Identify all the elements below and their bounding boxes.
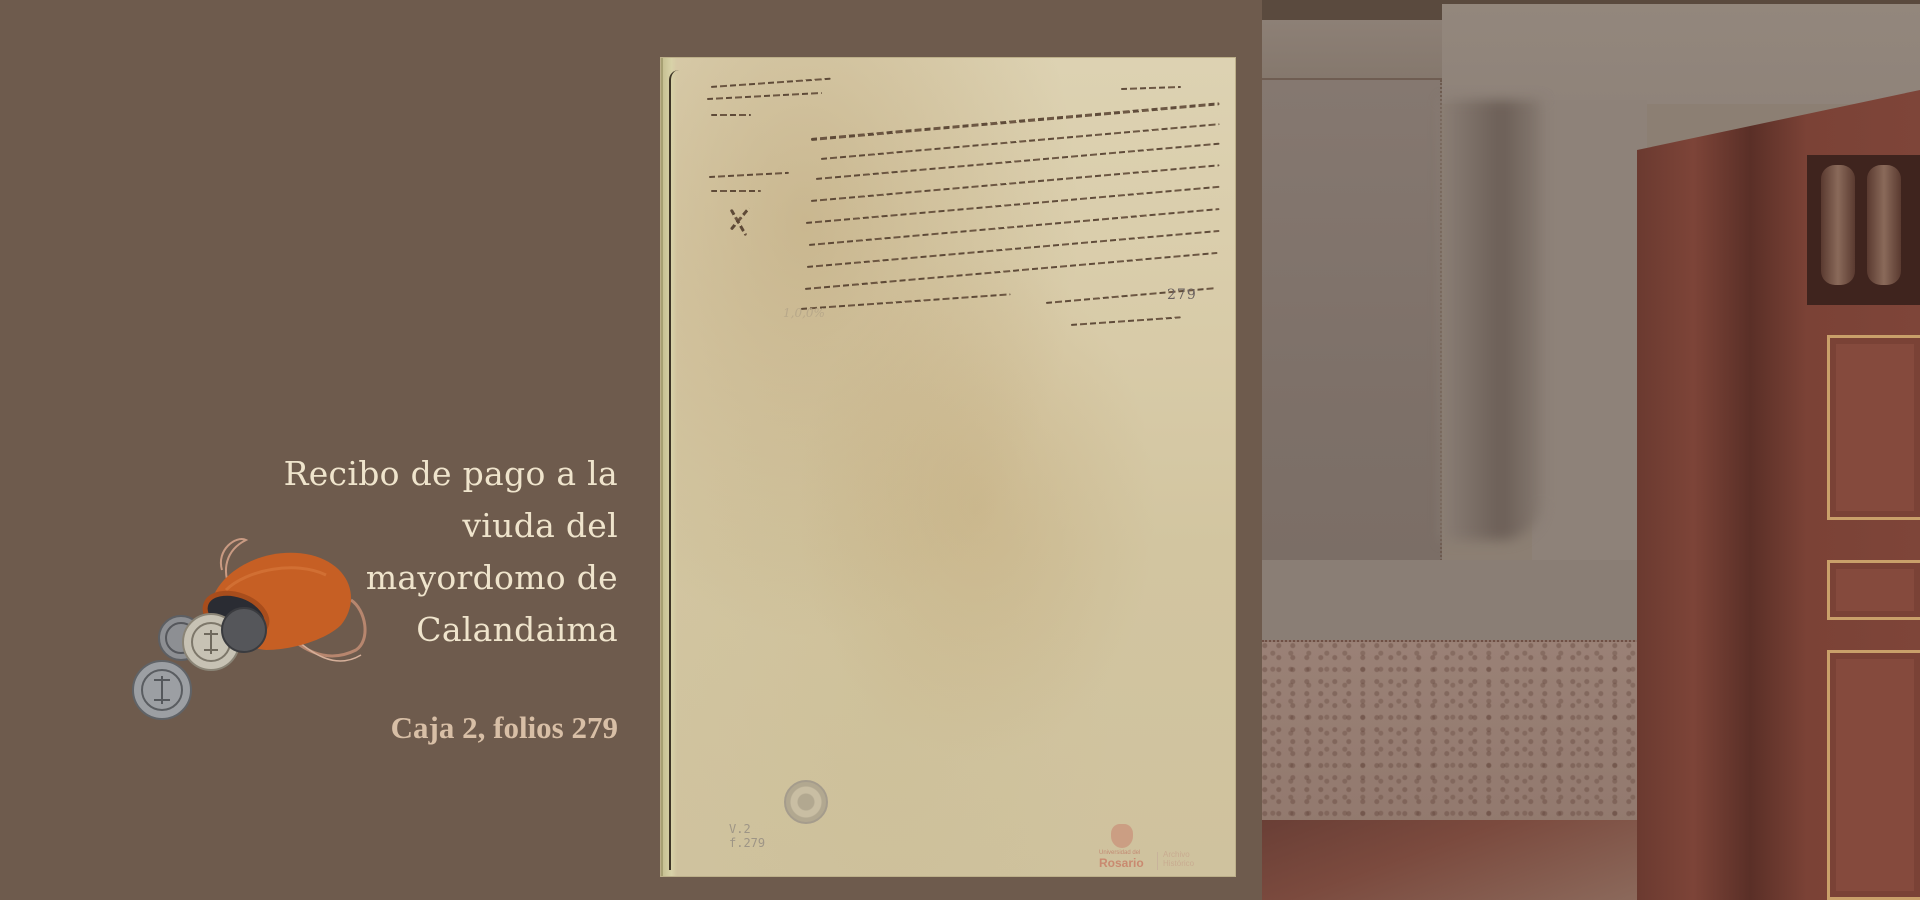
- logo-archive-line1: Archivo: [1163, 850, 1194, 859]
- wall-left: [1262, 80, 1442, 640]
- pencil-note: 1,0,0%: [783, 306, 825, 320]
- floor: [1262, 820, 1647, 900]
- door-panel: [1827, 560, 1920, 620]
- archive-logo: Universidad del Rosario Archivo Históric…: [1099, 824, 1229, 872]
- wall-shadow: [1442, 100, 1542, 540]
- door-panel: [1827, 650, 1920, 900]
- shelf-mark: V.2 f.279: [729, 822, 765, 850]
- archive-reference: Caja 2, folios 279: [391, 710, 618, 746]
- door-window-bar: [1867, 165, 1901, 285]
- door-window: [1807, 155, 1920, 305]
- title-line-4: Calandaima: [278, 604, 618, 656]
- title-line-2: viuda del: [278, 500, 618, 552]
- wall-lower: [1262, 560, 1647, 650]
- door-window-bar: [1821, 165, 1855, 285]
- university-crest-icon: [1111, 824, 1133, 848]
- logo-archive-line2: Histórico: [1163, 859, 1194, 868]
- handwritten-text: [681, 68, 1221, 358]
- wall-mid: [1532, 100, 1647, 570]
- folio-number: 279: [1167, 287, 1197, 303]
- background-room-photo: [1262, 0, 1920, 900]
- cornice: [1262, 20, 1442, 80]
- exhibit-title: Recibo de pago a la viuda del mayordomo …: [278, 448, 618, 656]
- logo-university: Rosario: [1099, 856, 1144, 870]
- title-line-1: Recibo de pago a la: [278, 448, 618, 500]
- archive-stamp-icon: [784, 780, 828, 824]
- logo-divider: [1157, 852, 1158, 870]
- logo-archive: Archivo Histórico: [1163, 850, 1194, 868]
- door-panel: [1827, 335, 1920, 520]
- ceiling: [1442, 4, 1920, 104]
- document-scan[interactable]: 279 1,0,0% V.2 f.279 Universidad del Ros…: [661, 58, 1235, 876]
- title-line-3: mayordomo de: [278, 552, 618, 604]
